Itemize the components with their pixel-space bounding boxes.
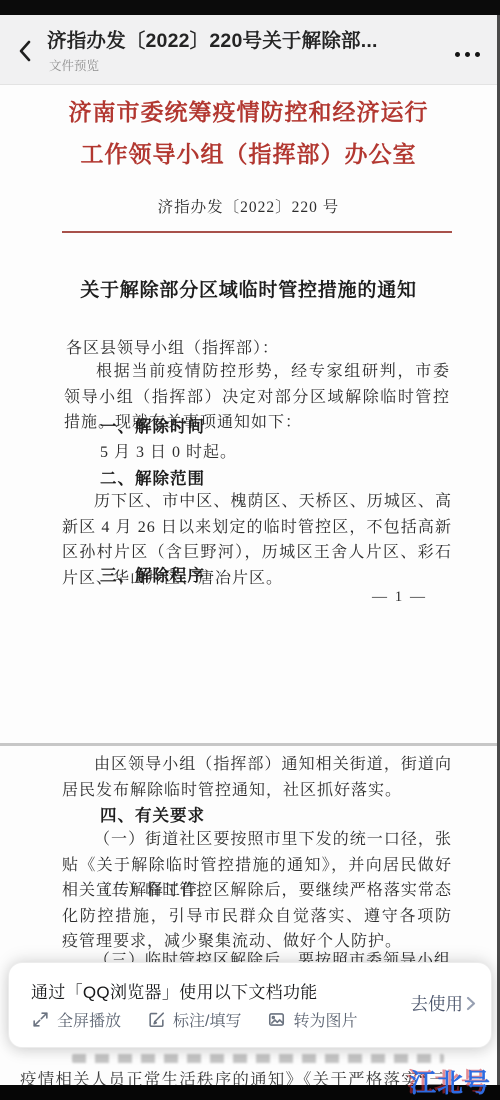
org-line-1: 济南市委统筹疫情防控和经济运行	[0, 92, 497, 134]
action-label: 转为图片	[293, 1008, 357, 1031]
more-menu-button[interactable]	[450, 45, 484, 63]
section-3-heading: 三、解除程序	[100, 562, 205, 586]
file-preview-screen: 济指办发〔2022〕220号关于解除部... 文件预览 济南市委统筹疫情防控和经…	[0, 0, 500, 1100]
section-4-heading: 四、有关要求	[100, 802, 205, 826]
sheet-title: 通过「QQ浏览器」使用以下文档功能	[31, 978, 318, 1003]
annotate-fill-button[interactable]: 标注/填写	[147, 1008, 241, 1031]
document-number: 济指办发〔2022〕220 号	[0, 195, 497, 217]
action-label: 标注/填写	[173, 1008, 241, 1031]
org-line-2: 工作领导小组（指挥部）办公室	[0, 134, 497, 176]
fullscreen-icon	[31, 1010, 50, 1029]
image-icon	[267, 1010, 286, 1029]
chevron-left-icon	[17, 40, 33, 62]
document-viewer[interactable]: 济南市委统筹疫情防控和经济运行 工作领导小组（指挥部）办公室 济指办发〔2022…	[0, 85, 497, 1085]
go-use-button[interactable]: 去使用	[411, 991, 477, 1016]
salutation: 各区县领导小组（指挥部）：	[66, 335, 279, 358]
document-title: 关于解除部分区域临时管控措施的通知	[0, 275, 497, 302]
back-button[interactable]	[10, 36, 40, 66]
status-bar	[0, 0, 500, 15]
fullscreen-play-button[interactable]: 全屏播放	[31, 1008, 121, 1031]
section-1-heading: 一、解除时间	[100, 413, 205, 437]
convert-to-image-button[interactable]: 转为图片	[267, 1008, 357, 1031]
section-1-body: 5 月 3 日 0 时起。	[100, 440, 320, 466]
app-header: 济指办发〔2022〕220号关于解除部... 文件预览	[0, 15, 500, 85]
chevron-right-icon	[466, 996, 476, 1011]
section-2-heading: 二、解除范围	[100, 465, 205, 489]
red-rule	[62, 231, 452, 233]
more-ellipsis-icon	[455, 52, 460, 57]
action-label: 全屏播放	[57, 1008, 121, 1031]
qq-browser-bottom-sheet: 通过「QQ浏览器」使用以下文档功能 全屏播放 标注/填写	[8, 962, 492, 1048]
watermark: 江北号	[410, 1063, 491, 1100]
page2-paragraph-1: 由区领导小组（指挥部）通知相关街道，街道向居民发布解除临时管控通知，社区抓好落实…	[62, 752, 452, 803]
blurred-text-line	[72, 1054, 444, 1063]
go-use-label: 去使用	[411, 991, 464, 1016]
page-title: 济指办发〔2022〕220号关于解除部...	[47, 25, 442, 53]
page-subtitle: 文件预览	[49, 56, 99, 74]
requirement-item-2: （二）临时管控区解除后，要继续严格落实常态化防控措施，引导市民群众自觉落实、遵守…	[62, 878, 452, 955]
annotate-icon	[147, 1010, 166, 1029]
page-number: — 1 —	[372, 589, 427, 606]
document-org-header: 济南市委统筹疫情防控和经济运行 工作领导小组（指挥部）办公室	[0, 92, 497, 176]
page-divider	[0, 743, 500, 746]
sheet-actions: 全屏播放 标注/填写 转为图片	[31, 1008, 357, 1031]
